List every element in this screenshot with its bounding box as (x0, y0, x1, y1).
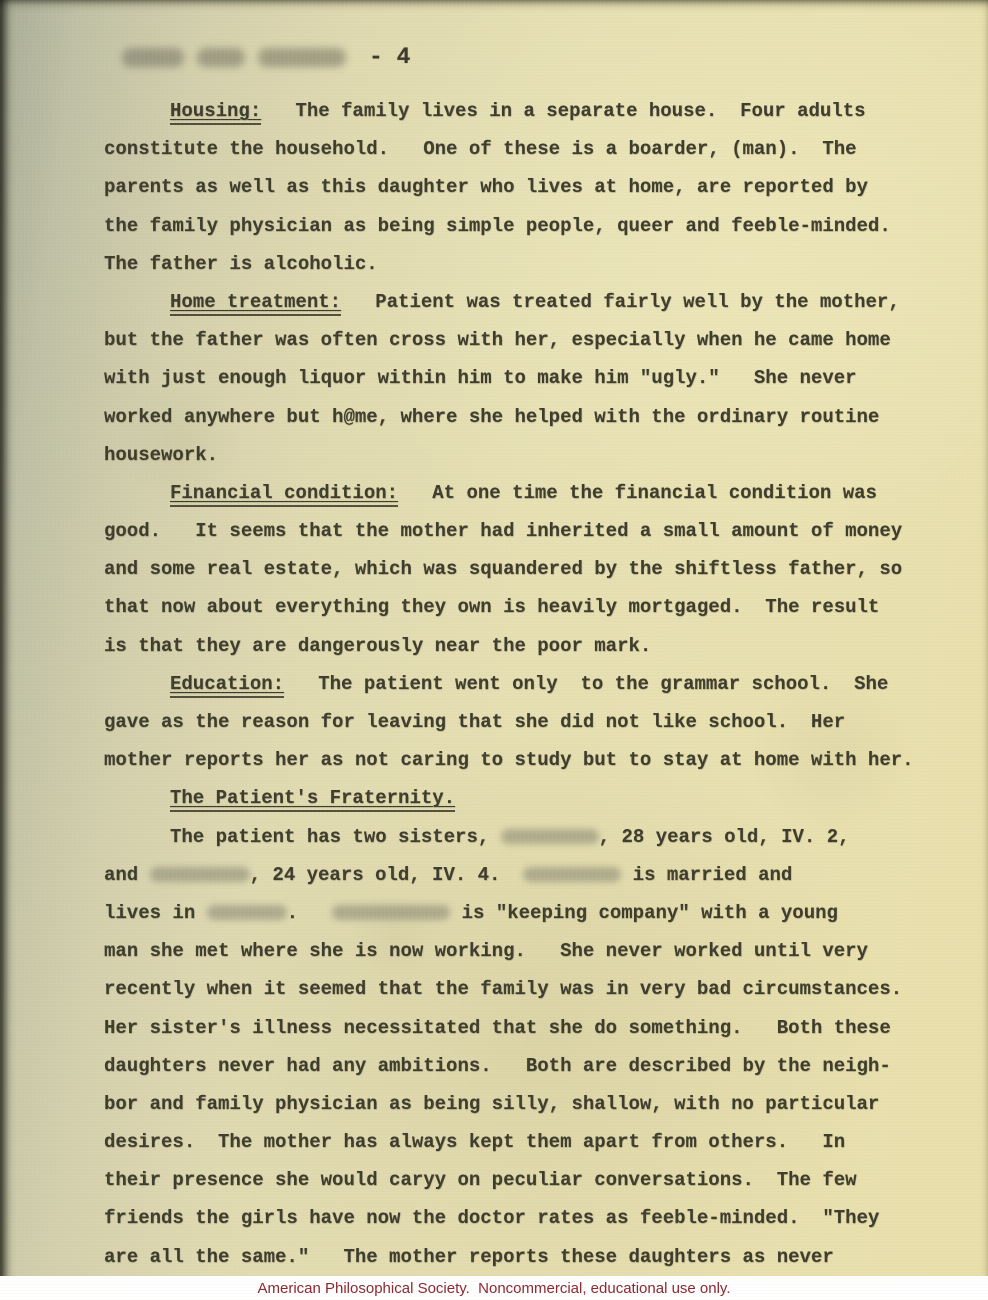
document-line: is that they are dangerously near the po… (104, 627, 964, 665)
document-line: constitute the household. One of these i… (104, 130, 964, 168)
line-text: gave as the reason for leaving that she … (104, 711, 845, 733)
line-text: is married and (621, 864, 792, 886)
footer-credit: American Philosophical Society. Noncomme… (257, 1280, 730, 1297)
document-line: their presence she would caryy on peculi… (104, 1161, 964, 1199)
document-line: housework. (104, 436, 964, 474)
document-line: Her sister's illness necessitated that s… (104, 1009, 964, 1047)
document-line: worked anywhere but h@me, where she help… (104, 398, 964, 436)
document-line: man she met where she is now working. Sh… (104, 932, 964, 970)
redacted-name (122, 48, 346, 67)
line-text: The patient has two sisters, (170, 826, 501, 848)
line-text: friends the girls have now the doctor ra… (104, 1207, 879, 1229)
line-text: housework. (104, 444, 218, 466)
document-line: Education: The patient went only to the … (104, 665, 964, 703)
line-text: man she met where she is now working. Sh… (104, 940, 868, 962)
line-text: The patient went only to the grammar sch… (284, 673, 888, 695)
line-text: and (104, 864, 150, 886)
line-text: is "keeping company" with a young (450, 902, 838, 924)
line-text: Patient was treated fairly well by the m… (341, 291, 900, 313)
line-text: and some real estate, which was squander… (104, 558, 902, 580)
line-text: their presence she would caryy on peculi… (104, 1169, 857, 1191)
line-text: mother reports her as not caring to stud… (104, 749, 914, 771)
redacted-text (501, 829, 599, 844)
document-line: and some real estate, which was squander… (104, 550, 964, 588)
line-text: . (287, 902, 333, 924)
line-text: are all the same." The mother reports th… (104, 1246, 834, 1268)
redacted-text (150, 867, 250, 882)
page-header: - 4 (122, 42, 410, 72)
line-text: daughters never had any ambitions. Both … (104, 1055, 891, 1077)
line-text: The family lives in a separate house. Fo… (261, 100, 865, 122)
document-line: Home treatment: Patient was treated fair… (104, 283, 964, 321)
section-heading: Home treatment: (170, 290, 341, 316)
redacted-text (207, 905, 287, 920)
line-text: worked anywhere but h@me, where she help… (104, 406, 879, 428)
line-text: At one time the financial condition was (398, 482, 877, 504)
line-text: desires. The mother has always kept them… (104, 1131, 845, 1153)
section-heading: Education: (170, 672, 284, 698)
line-text: parents as well as this daughter who liv… (104, 176, 868, 198)
line-text: bor and family physician as being silly,… (104, 1093, 879, 1115)
line-text: Her sister's illness necessitated that s… (104, 1017, 891, 1039)
redaction-blob (258, 48, 346, 67)
line-text: with just enough liquor within him to ma… (104, 367, 857, 389)
document-line: lives in . is "keeping company" with a y… (104, 894, 964, 932)
section-heading: The Patient's Fraternity. (170, 786, 455, 812)
line-text: , 24 years old, IV. 4. (250, 864, 524, 886)
document-line: mother reports her as not caring to stud… (104, 741, 964, 779)
line-text: is that they are dangerously near the po… (104, 635, 651, 657)
document-line: are all the same." The mother reports th… (104, 1238, 964, 1276)
document-line: daughters never had any ambitions. Both … (104, 1047, 964, 1085)
redacted-text (523, 867, 621, 882)
document-line: Financial condition: At one time the fin… (104, 474, 964, 512)
document-line: with just enough liquor within him to ma… (104, 359, 964, 397)
line-text: The father is alcoholic. (104, 253, 378, 275)
document-line: bor and family physician as being silly,… (104, 1085, 964, 1123)
section-heading: Financial condition: (170, 481, 398, 507)
footer-strip: American Philosophical Society. Noncomme… (0, 1276, 988, 1300)
document-line: that now about everything they own is he… (104, 588, 964, 626)
line-text: but the father was often cross with her,… (104, 329, 891, 351)
document-line: gave as the reason for leaving that she … (104, 703, 964, 741)
page-number: - 4 (369, 44, 410, 70)
document-line: but the father was often cross with her,… (104, 321, 964, 359)
redaction-blob (122, 48, 184, 67)
document-line: good. It seems that the mother had inher… (104, 512, 964, 550)
document-line: and , 24 years old, IV. 4. is married an… (104, 856, 964, 894)
document-body: Housing: The family lives in a separate … (104, 92, 964, 1276)
section-heading: Housing: (170, 99, 261, 125)
line-text: lives in (104, 902, 207, 924)
document-line: recently when it seemed that the family … (104, 970, 964, 1008)
line-text: , 28 years old, IV. 2, (599, 826, 850, 848)
line-text: the family physician as being simple peo… (104, 215, 891, 237)
line-text: constitute the household. One of these i… (104, 138, 857, 160)
scanned-page: - 4 Housing: The family lives in a separ… (0, 0, 988, 1300)
line-text: that now about everything they own is he… (104, 596, 879, 618)
document-line: desires. The mother has always kept them… (104, 1123, 964, 1161)
document-line: The Patient's Fraternity. (104, 779, 964, 817)
document-line: friends the girls have now the doctor ra… (104, 1199, 964, 1237)
line-text: good. It seems that the mother had inher… (104, 520, 902, 542)
redacted-text (332, 905, 450, 920)
document-line: The patient has two sisters, , 28 years … (104, 818, 964, 856)
document-line: The father is alcoholic. (104, 245, 964, 283)
line-text: recently when it seemed that the family … (104, 978, 902, 1000)
document-line: Housing: The family lives in a separate … (104, 92, 964, 130)
redaction-blob (197, 48, 245, 67)
document-line: the family physician as being simple peo… (104, 207, 964, 245)
document-line: parents as well as this daughter who liv… (104, 168, 964, 206)
